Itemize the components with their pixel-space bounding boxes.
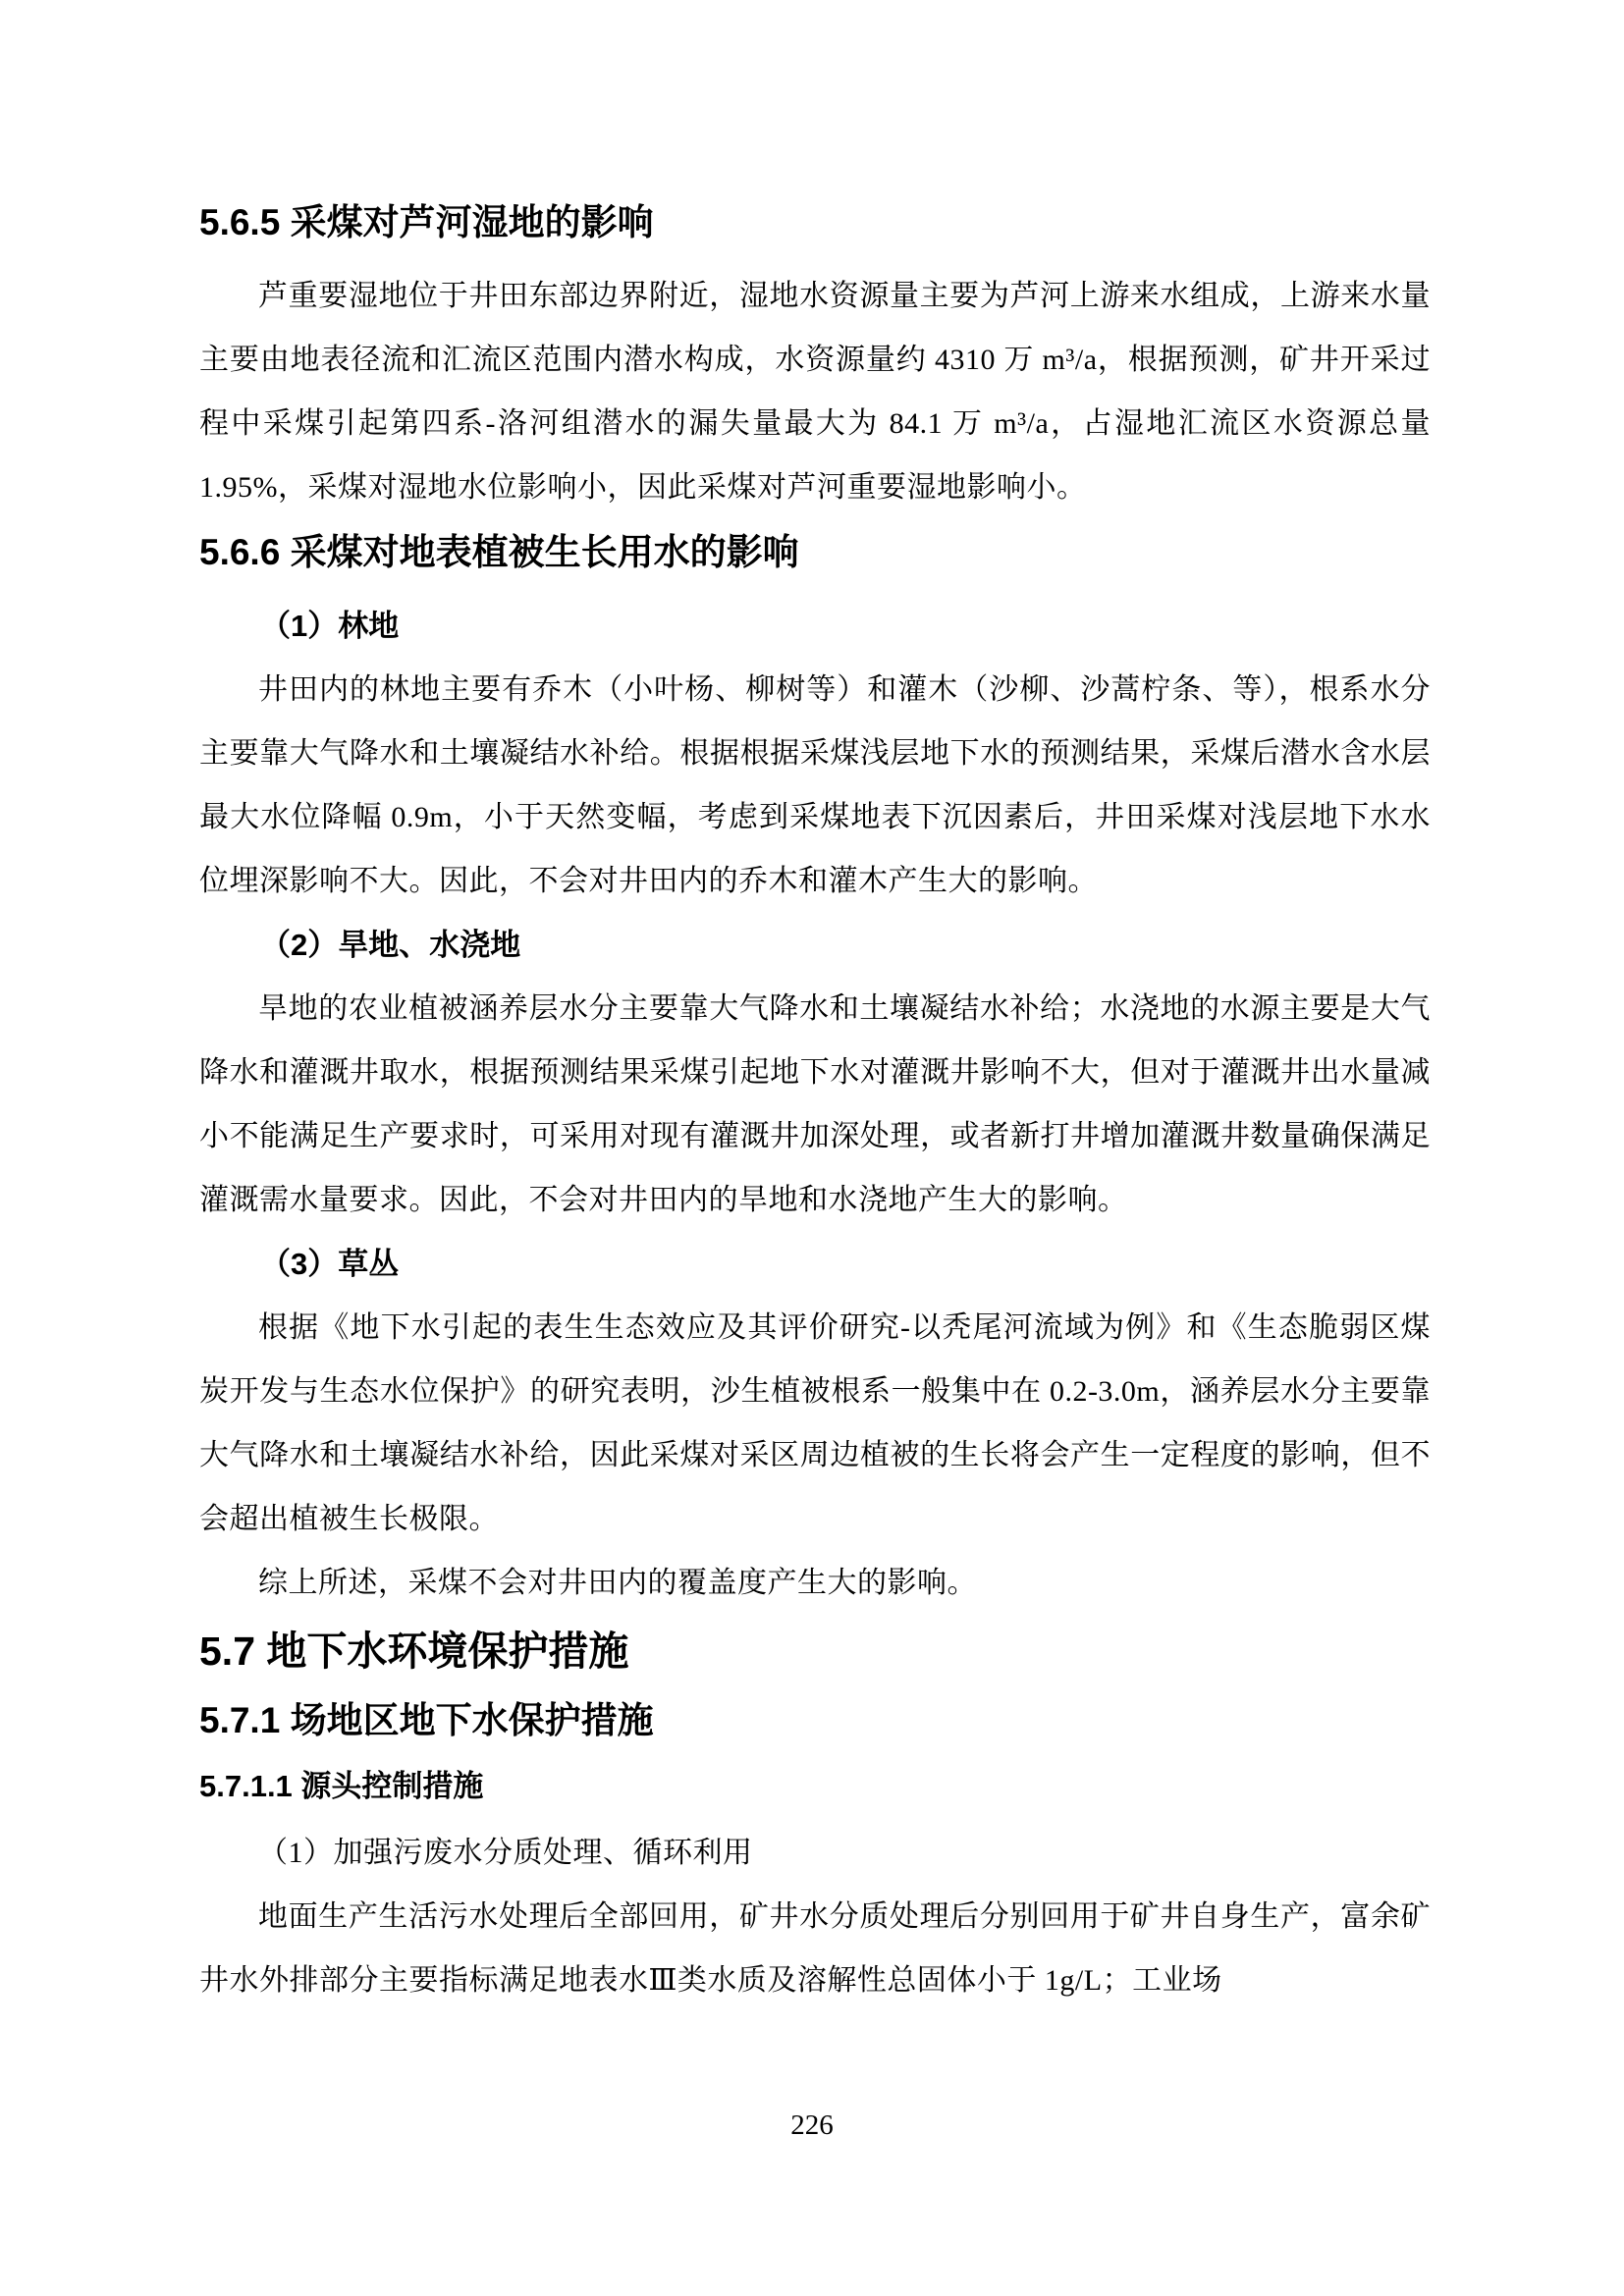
section-heading: 5.6.5 采煤对芦河湿地的影响 bbox=[199, 199, 1431, 246]
document-content: 5.6.5 采煤对芦河湿地的影响芦重要湿地位于井田东部边界附近，湿地水资源量主要… bbox=[199, 199, 1431, 2012]
section-heading: 5.7.1 场地区地下水保护措施 bbox=[199, 1697, 1431, 1744]
body-paragraph: 井田内的林地主要有乔木（小叶杨、柳树等）和灌木（沙柳、沙蒿柠条、等），根系水分主… bbox=[199, 658, 1431, 913]
section-heading: 5.6.6 采煤对地表植被生长用水的影响 bbox=[199, 529, 1431, 576]
body-paragraph: 地面生产生活污水处理后全部回用，矿井水分质处理后分别回用于矿井自身生产，富余矿井… bbox=[199, 1885, 1431, 2012]
list-item-heading: （2）旱地、水浇地 bbox=[199, 913, 1431, 977]
section-heading: 5.7 地下水环境保护措施 bbox=[199, 1625, 1431, 1678]
body-paragraph: 根据《地下水引起的表生生态效应及其评价研究-以秃尾河流域为例》和《生态脆弱区煤炭… bbox=[199, 1296, 1431, 1551]
body-paragraph: （1）加强污废水分质处理、循环利用 bbox=[199, 1821, 1431, 1885]
body-paragraph: 旱地的农业植被涵养层水分主要靠大气降水和土壤凝结水补给；水浇地的水源主要是大气降… bbox=[199, 977, 1431, 1232]
body-paragraph: 综上所述，采煤不会对井田内的覆盖度产生大的影响。 bbox=[199, 1551, 1431, 1615]
a4-page: 5.6.5 采煤对芦河湿地的影响芦重要湿地位于井田东部边界附近，湿地水资源量主要… bbox=[0, 0, 1624, 2296]
list-item-heading: （3）草丛 bbox=[199, 1232, 1431, 1296]
list-item-heading: （1）林地 bbox=[199, 594, 1431, 658]
section-heading: 5.7.1.1 源头控制措施 bbox=[199, 1764, 1431, 1809]
body-paragraph: 芦重要湿地位于井田东部边界附近，湿地水资源量主要为芦河上游来水组成，上游来水量主… bbox=[199, 264, 1431, 519]
page-number: 226 bbox=[0, 2109, 1624, 2142]
